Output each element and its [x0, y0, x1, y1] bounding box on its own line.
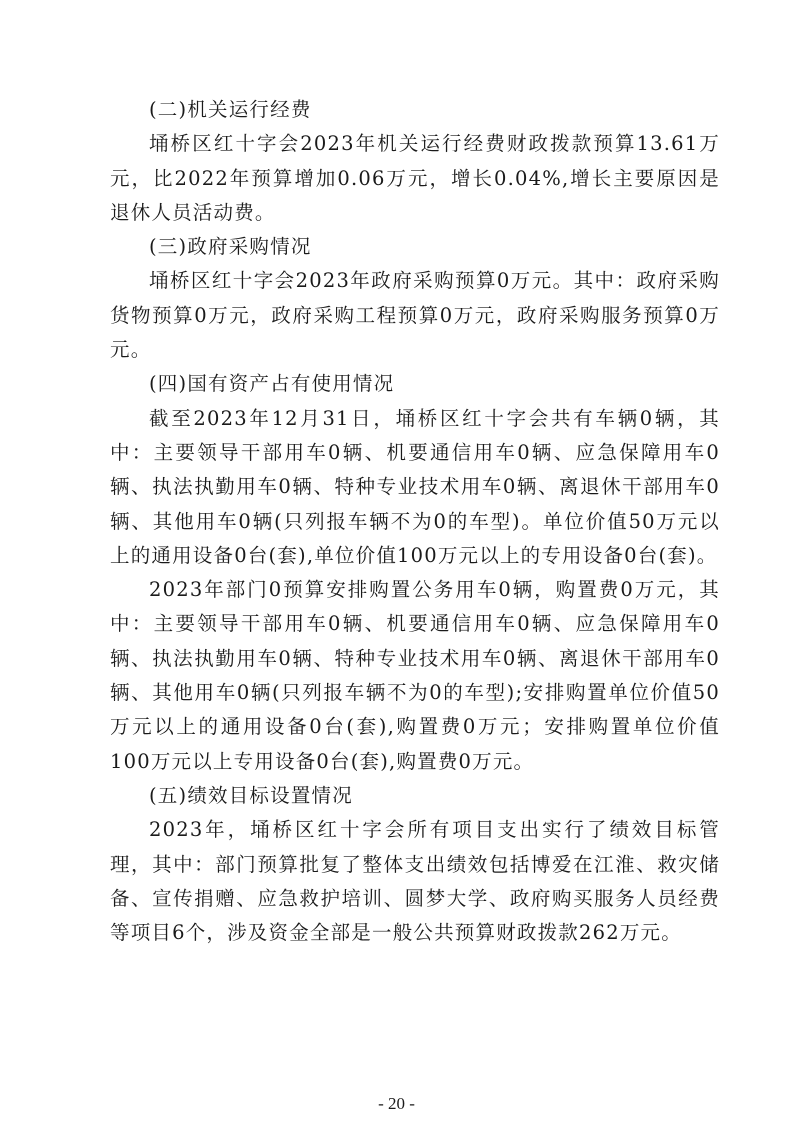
document-page: (二)机关运行经费 埇桥区红十字会2023年机关运行经费财政拨款预算13.61万… — [110, 93, 720, 950]
section-government-procurement: (三)政府采购情况 埇桥区红十字会2023年政府采购预算0万元。其中：政府采购货… — [110, 230, 720, 367]
section-heading: (三)政府采购情况 — [110, 230, 720, 264]
section-performance-targets: (五)绩效目标设置情况 2023年，埇桥区红十字会所有项目支出实行了绩效目标管理… — [110, 779, 720, 950]
body-paragraph: 2023年，埇桥区红十字会所有项目支出实行了绩效目标管理，其中：部门预算批复了整… — [110, 813, 720, 950]
section-heading: (五)绩效目标设置情况 — [110, 779, 720, 813]
section-heading: (二)机关运行经费 — [110, 93, 720, 127]
body-paragraph: 截至2023年12月31日，埇桥区红十字会共有车辆0辆，其中：主要领导干部用车0… — [110, 402, 720, 573]
section-state-assets: (四)国有资产占有使用情况 截至2023年12月31日，埇桥区红十字会共有车辆0… — [110, 367, 720, 779]
body-paragraph: 埇桥区红十字会2023年政府采购预算0万元。其中：政府采购货物预算0万元，政府采… — [110, 264, 720, 367]
body-paragraph: 埇桥区红十字会2023年机关运行经费财政拨款预算13.61万元，比2022年预算… — [110, 127, 720, 230]
section-operating-expenses: (二)机关运行经费 埇桥区红十字会2023年机关运行经费财政拨款预算13.61万… — [110, 93, 720, 230]
body-paragraph: 2023年部门0预算安排购置公务用车0辆，购置费0万元，其中：主要领导干部用车0… — [110, 573, 720, 779]
section-heading: (四)国有资产占有使用情况 — [110, 367, 720, 401]
page-number: - 20 - — [0, 1094, 793, 1114]
